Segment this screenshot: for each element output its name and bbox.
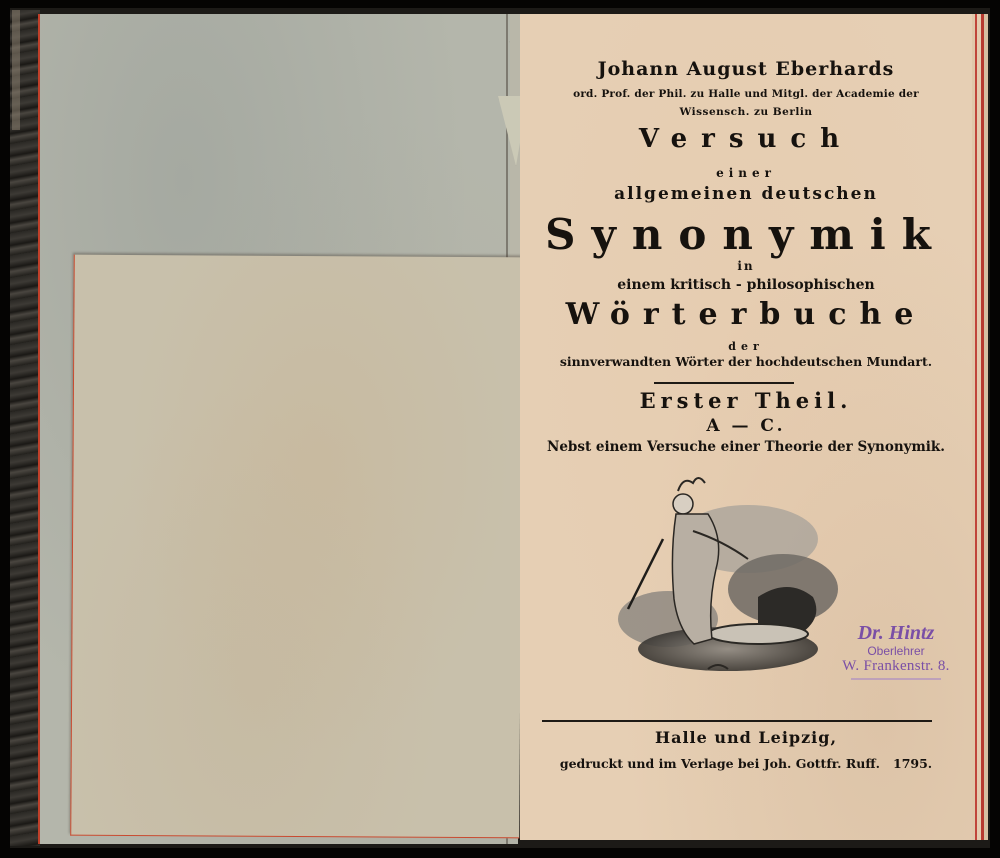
stamp-address: W. Frankenstr. 8.	[836, 658, 956, 675]
title-der: der	[520, 340, 972, 353]
publisher-text: gedruckt und im Verlage bei Joh. Gottfr.…	[560, 756, 880, 771]
author-affiliation: ord. Prof. der Phil. zu Halle und Mitgl.…	[520, 88, 972, 100]
volume-range: A — C.	[520, 416, 972, 436]
worn-binding-edge	[10, 10, 40, 846]
ownership-stamp: Dr. Hintz Oberlehrer W. Frankenstr. 8.	[836, 622, 956, 680]
publication-year: 1795.	[893, 756, 932, 771]
title-in: in	[520, 259, 972, 273]
volume-label: Erster Theil.	[520, 388, 972, 413]
author-name: Johann August Eberhards	[520, 58, 972, 80]
divider-rule	[654, 382, 794, 384]
supplement-line: Nebst einem Versuche einer Theorie der S…	[520, 439, 972, 455]
stamp-ornament	[851, 678, 941, 680]
stamp-title: Oberlehrer	[836, 644, 956, 658]
imprint-place: Halle und Leipzig,	[520, 728, 972, 747]
title-synonymik: Synonymik	[520, 210, 972, 259]
title-kritisch: einem kritisch - philosophischen	[520, 277, 972, 293]
title-page: Johann August Eberhards ord. Prof. der P…	[520, 14, 972, 840]
inserted-paper-slip	[70, 255, 523, 839]
red-page-edges	[972, 14, 988, 840]
imprint-publisher: gedruckt und im Verlage bei Joh. Gottfr.…	[520, 756, 972, 771]
title-allgemeinen-deutschen: allgemeinen deutschen	[520, 184, 972, 204]
title-einer: einer	[520, 166, 972, 180]
title-versuch: Versuch	[520, 124, 972, 154]
imprint-rule	[542, 720, 932, 722]
engraving-vignette-icon	[608, 469, 844, 684]
title-woerterbuche: Wörterbuche	[520, 297, 972, 332]
author-affiliation-cont: Wissensch. zu Berlin	[520, 106, 972, 118]
stamp-name: Dr. Hintz	[836, 622, 956, 645]
title-sinnverwandten: sinnverwandten Wörter der hochdeutschen …	[520, 354, 972, 369]
